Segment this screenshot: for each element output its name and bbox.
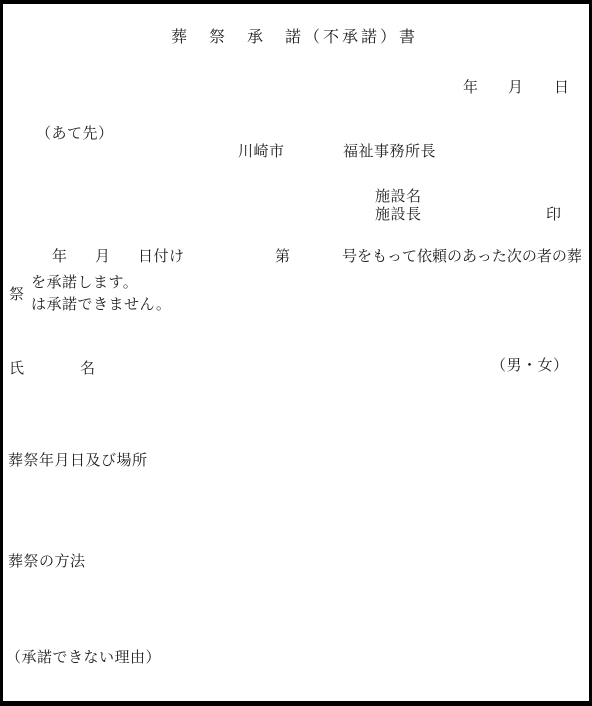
header-date-day-label: 日 bbox=[554, 80, 570, 97]
body-doc-number-prefix: 第 bbox=[275, 249, 291, 266]
addressee-office-title: 福祉事務所長 bbox=[343, 144, 436, 161]
funeral-method-label: 葬祭の方法 bbox=[8, 554, 86, 571]
facility-name-label: 施設名 bbox=[375, 189, 422, 206]
name-field-label-first: 氏 bbox=[9, 361, 25, 378]
header-date-month-label: 月 bbox=[508, 80, 524, 97]
body-wrap-character: 祭 bbox=[9, 287, 25, 304]
body-date-day-label: 日付け bbox=[138, 249, 185, 266]
document-page: 葬 祭 承 諾（不承諾）書 年 月 日 （あて先） 川崎市 福祉事務所長 施設名… bbox=[0, 0, 592, 706]
document-title: 葬 祭 承 諾（不承諾）書 bbox=[171, 29, 418, 47]
name-field-label-second: 名 bbox=[80, 361, 96, 378]
seal-mark: 印 bbox=[546, 207, 562, 224]
body-date-month-label: 月 bbox=[95, 249, 111, 266]
funeral-date-place-label: 葬祭年月日及び場所 bbox=[8, 453, 148, 470]
body-date-year-label: 年 bbox=[52, 249, 68, 266]
gender-options-label: （男・女） bbox=[491, 358, 569, 375]
body-reject-clause: は承諾できません。 bbox=[31, 297, 171, 314]
addressee-city: 川崎市 bbox=[238, 144, 285, 161]
facility-head-label: 施設長 bbox=[375, 207, 422, 224]
reject-reason-label: （承諾できない理由） bbox=[6, 650, 161, 667]
addressee-label: （あて先） bbox=[36, 126, 114, 143]
body-accept-clause: を承諾します。 bbox=[31, 275, 138, 292]
body-request-clause: 号をもって依頼のあった次の者の葬 bbox=[342, 249, 582, 266]
header-date-year-label: 年 bbox=[463, 80, 479, 97]
